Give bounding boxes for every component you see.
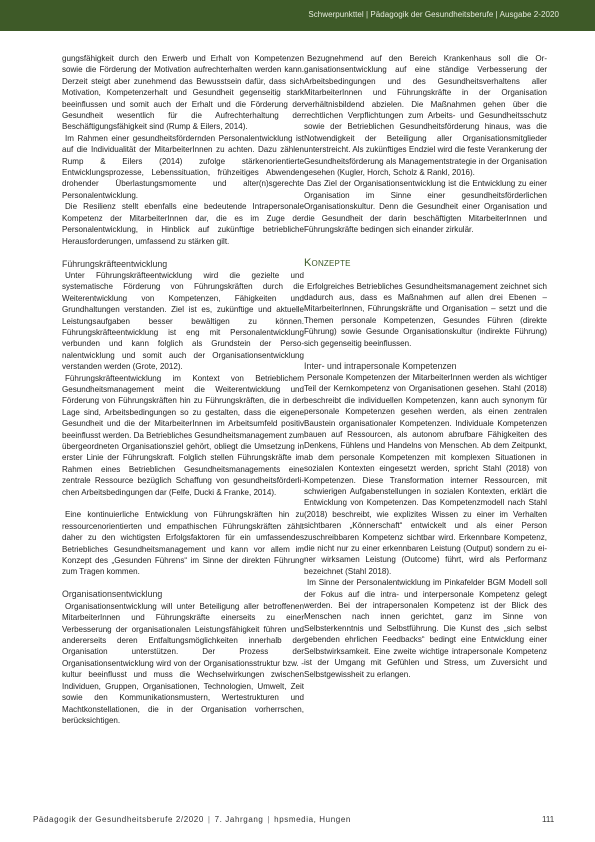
paragraph: Unter Führungskräfteentwicklung wird die…: [62, 270, 304, 373]
running-title: Schwerpunkttel | Pädagogik der Gesundhei…: [308, 10, 559, 19]
page-number: 111: [542, 815, 554, 824]
paragraph: Im Sinne der Personalentwicklung im Pink…: [304, 577, 547, 680]
footer-journal: Pädagogik der Gesundheitsberufe 2/2020: [33, 815, 204, 824]
footer-separator: |: [263, 815, 274, 824]
header-bar: Schwerpunkttel | Pädagogik der Gesundhei…: [0, 0, 595, 31]
footer-volume: 7. Jahrgang: [215, 815, 264, 824]
paragraph: Eine kontinuierliche Entwicklung von Füh…: [62, 509, 304, 577]
footer-publisher: hpsmedia, Hungen: [274, 815, 351, 824]
paragraph: gungsfähigkeit durch den Erwerb und Erha…: [62, 53, 304, 133]
footer-separator: |: [204, 815, 215, 824]
left-column: gungsfähigkeit durch den Erwerb und Erha…: [62, 53, 304, 726]
subheading-kompetenzen: Inter- und intrapersonale Kompetenzen: [304, 361, 547, 372]
subheading-fuehrungskraefteentwicklung: Führungskräfteentwicklung: [62, 259, 304, 270]
paragraph: Führungskräfteentwicklung im Kontext von…: [62, 373, 304, 498]
right-column: Bezugnehmend auf den Bereich Krankenhaus…: [304, 53, 547, 680]
footer-citation: Pädagogik der Gesundheitsberufe 2/2020|7…: [33, 815, 351, 824]
paragraph: Personale Kompetenzen der MitarbeiterInn…: [304, 372, 547, 577]
section-heading-konzepte: Konzepte: [304, 257, 547, 270]
paragraph: Organisationsentwicklung will unter Bete…: [62, 601, 304, 726]
paragraph: Die Resilienz stellt ebenfalls eine bede…: [62, 201, 304, 247]
subheading-organisationsentwicklung: Organisationsentwicklung: [62, 589, 304, 600]
paragraph: Erfolgreiches Betriebliches Gesundheitsm…: [304, 281, 547, 349]
paragraph: Im Rahmen einer gesundheitsfördernden Pe…: [62, 133, 304, 201]
page-footer: Pädagogik der Gesundheitsberufe 2/2020|7…: [0, 812, 595, 832]
paragraph: Das Ziel der Organisationsentwicklung is…: [304, 178, 547, 235]
paragraph: Bezugnehmend auf den Bereich Krankenhaus…: [304, 53, 547, 178]
